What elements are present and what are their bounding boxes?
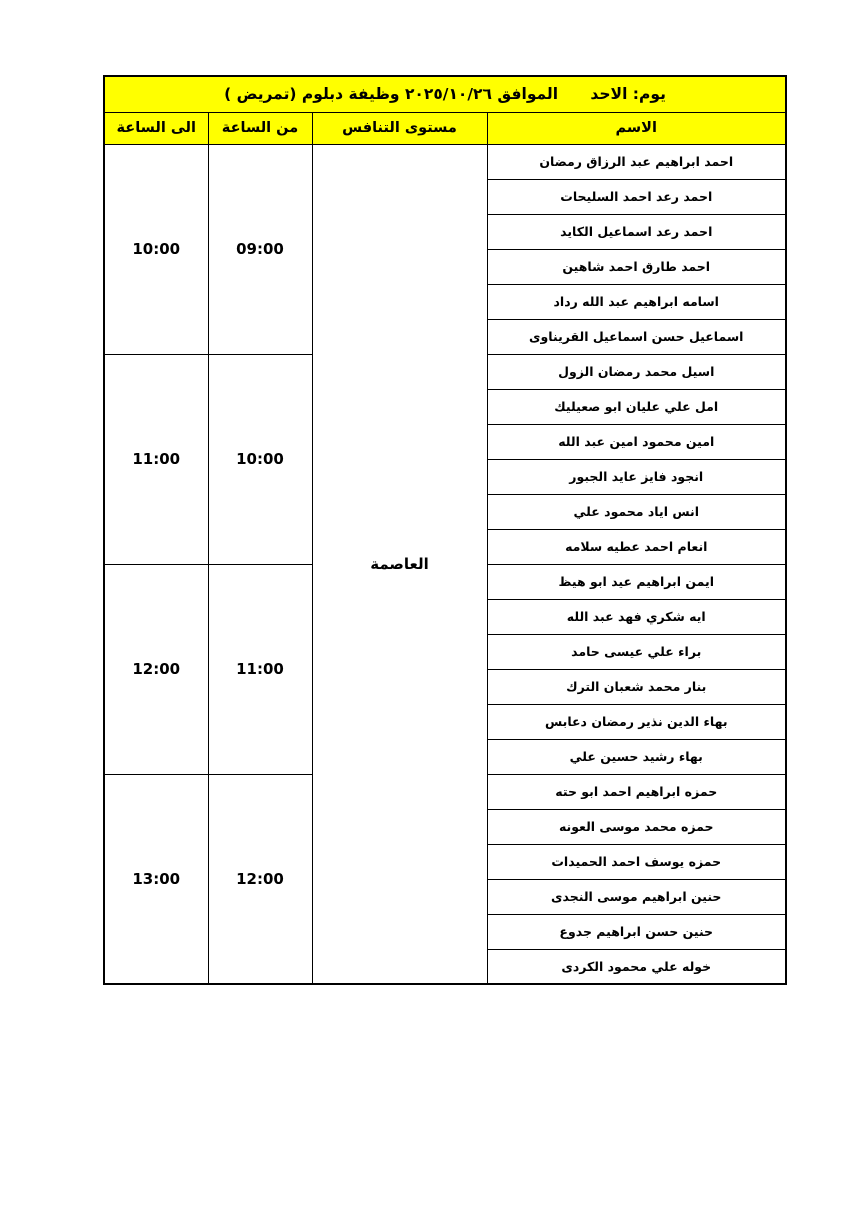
candidate-name: احمد رعد اسماعيل الكايد xyxy=(487,214,786,249)
column-header-row: الاسم مستوى التنافس من الساعة الى الساعة xyxy=(104,112,786,144)
to-hour-value: 10:00 xyxy=(104,144,208,354)
candidate-name: امين محمود امين عبد الله xyxy=(487,424,786,459)
from-hour-value: 12:00 xyxy=(208,774,312,984)
competition-level-value: العاصمة xyxy=(312,144,487,984)
table-title: يوم: الاحد الموافق ٢٠٢٥/١٠/٢٦ وظيفة دبلو… xyxy=(104,76,786,112)
candidate-name: ايمن ابراهيم عيد ابو هيظ xyxy=(487,564,786,599)
col-header-from-hour: من الساعة xyxy=(208,112,312,144)
candidate-name: انس اياد محمود علي xyxy=(487,494,786,529)
candidate-name: ايه شكري فهد عبد الله xyxy=(487,599,786,634)
table-row: احمد ابراهيم عبد الرزاق رمضان العاصمة 09… xyxy=(104,144,786,179)
candidate-name: انجود فايز عايد الجبور xyxy=(487,459,786,494)
candidate-name: اسامه ابراهيم عبد الله رداد xyxy=(487,284,786,319)
candidate-name: حنين ابراهيم موسى النجدى xyxy=(487,879,786,914)
candidate-name: بهاء الدين نذير رمضان دعابس xyxy=(487,704,786,739)
from-hour-value: 11:00 xyxy=(208,564,312,774)
candidate-name: احمد ابراهيم عبد الرزاق رمضان xyxy=(487,144,786,179)
candidate-name: اسيل محمد رمضان الزول xyxy=(487,354,786,389)
title-row: يوم: الاحد الموافق ٢٠٢٥/١٠/٢٦ وظيفة دبلو… xyxy=(104,76,786,112)
candidate-name: انعام احمد عطيه سلامه xyxy=(487,529,786,564)
col-header-name: الاسم xyxy=(487,112,786,144)
candidate-name: امل علي عليان ابو صعيليك xyxy=(487,389,786,424)
candidate-name: اسماعيل حسن اسماعيل القريناوى xyxy=(487,319,786,354)
candidate-name: براء علي عيسى حامد xyxy=(487,634,786,669)
candidate-name: خوله علي محمود الكردى xyxy=(487,949,786,984)
col-header-competition-level: مستوى التنافس xyxy=(312,112,487,144)
col-header-to-hour: الى الساعة xyxy=(104,112,208,144)
candidate-name: حمزه يوسف احمد الحميدات xyxy=(487,844,786,879)
candidate-name: حمزه محمد موسى العونه xyxy=(487,809,786,844)
candidate-name: حنين حسن ابراهيم جدوع xyxy=(487,914,786,949)
candidate-name: احمد طارق احمد شاهين xyxy=(487,249,786,284)
candidate-name: احمد رعد احمد السليحات xyxy=(487,179,786,214)
to-hour-value: 12:00 xyxy=(104,564,208,774)
candidate-name: بنار محمد شعبان الترك xyxy=(487,669,786,704)
schedule-table: يوم: الاحد الموافق ٢٠٢٥/١٠/٢٦ وظيفة دبلو… xyxy=(103,75,787,985)
document-page: يوم: الاحد الموافق ٢٠٢٥/١٠/٢٦ وظيفة دبلو… xyxy=(0,0,850,1210)
candidate-name: حمزه ابراهيم احمد ابو حته xyxy=(487,774,786,809)
from-hour-value: 09:00 xyxy=(208,144,312,354)
candidate-name: بهاء رشيد حسين علي xyxy=(487,739,786,774)
to-hour-value: 11:00 xyxy=(104,354,208,564)
from-hour-value: 10:00 xyxy=(208,354,312,564)
to-hour-value: 13:00 xyxy=(104,774,208,984)
